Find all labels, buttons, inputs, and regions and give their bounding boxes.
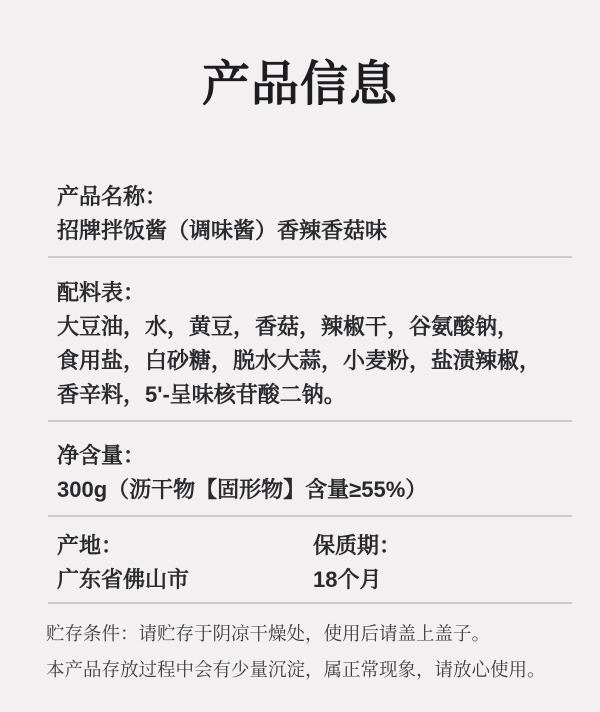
ingredients-label: 配料表： — [57, 276, 572, 310]
origin-column: 产地： 广东省佛山市 — [57, 529, 313, 597]
origin-value: 广东省佛山市 — [57, 563, 313, 597]
shelf-life-column: 保质期： 18个月 — [313, 529, 572, 597]
ingredients-line: 大豆油，水，黄豆，香菇，辣椒干，谷氨酸钠， — [57, 310, 572, 344]
net-content-label: 净含量： — [57, 439, 572, 473]
section-product-name: 产品名称： 招牌拌饭酱（调味酱）香辣香菇味 — [48, 112, 572, 258]
ingredients-line: 香辛料，5'-呈味核苷酸二钠。 — [57, 378, 572, 412]
origin-label: 产地： — [57, 529, 313, 563]
storage-note-line: 贮存条件：请贮存于阴凉干燥处，使用后请盖上盖子。 — [46, 616, 572, 652]
section-net-content: 净含量： 300g（沥干物【固形物】含量≥55%） — [48, 422, 572, 517]
product-name-label: 产品名称： — [57, 180, 572, 214]
ingredients-line: 食用盐，白砂糖，脱水大蒜，小麦粉，盐渍辣椒， — [57, 344, 572, 378]
product-info-page: 产品信息 产品名称： 招牌拌饭酱（调味酱）香辣香菇味 配料表： 大豆油，水，黄豆… — [0, 0, 600, 712]
storage-note-line: 本产品存放过程中会有少量沉淀，属正常现象，请放心使用。 — [46, 652, 572, 688]
shelf-life-label: 保质期： — [313, 529, 572, 563]
section-origin-shelf-life: 产地： 广东省佛山市 保质期： 18个月 — [48, 517, 572, 604]
net-content-value: 300g（沥干物【固形物】含量≥55%） — [57, 473, 572, 507]
section-ingredients: 配料表： 大豆油，水，黄豆，香菇，辣椒干，谷氨酸钠， 食用盐，白砂糖，脱水大蒜，… — [48, 258, 572, 422]
page-title: 产品信息 — [0, 0, 600, 112]
product-name-value: 招牌拌饭酱（调味酱）香辣香菇味 — [57, 214, 572, 248]
section-storage-notes: 贮存条件：请贮存于阴凉干燥处，使用后请盖上盖子。 本产品存放过程中会有少量沉淀，… — [46, 604, 572, 688]
shelf-life-value: 18个月 — [313, 563, 572, 597]
